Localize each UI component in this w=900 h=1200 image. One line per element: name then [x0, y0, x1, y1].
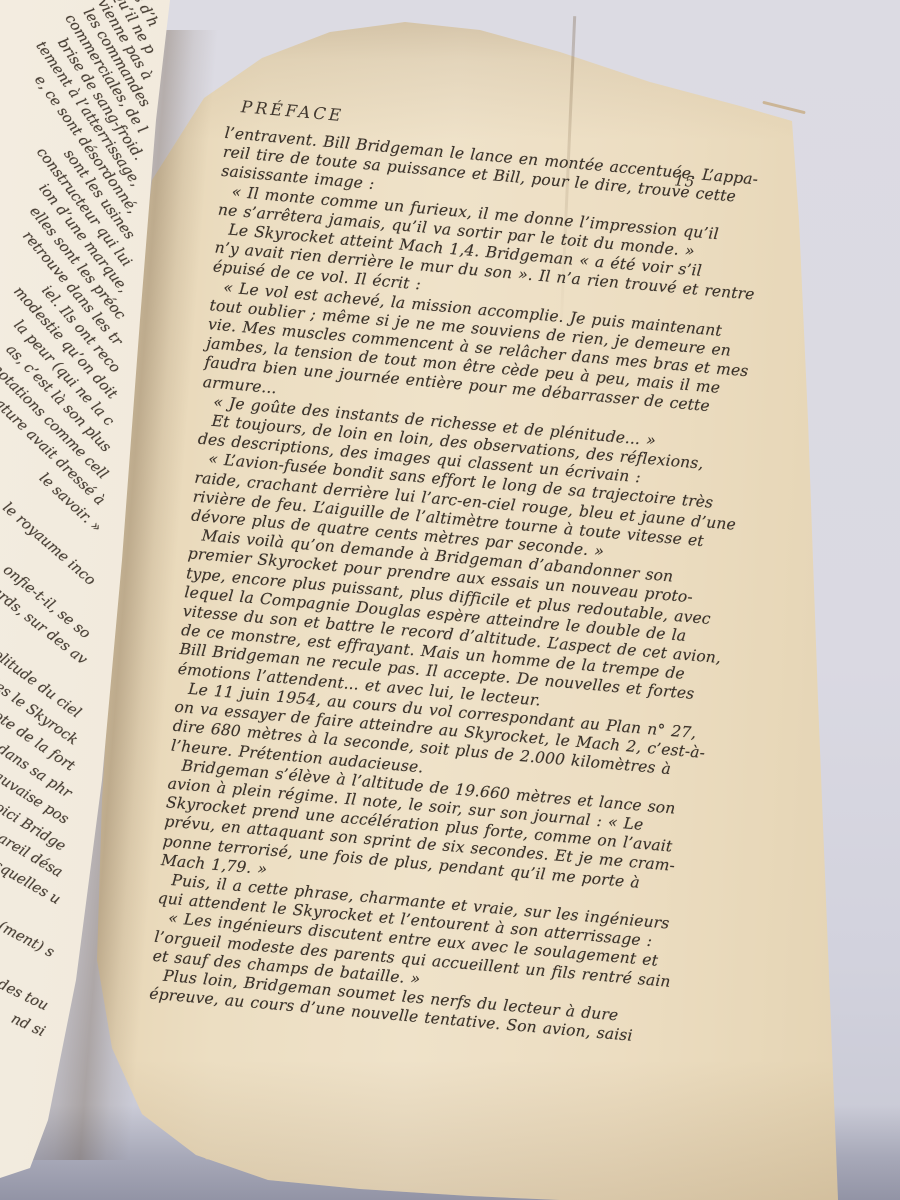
page-number: 15 — [674, 171, 697, 191]
right-page-content: PRÉFACE 15 l’entravent. Bill Bridgeman l… — [149, 96, 732, 1048]
book-photo: PRÉFACE 15 l’entravent. Bill Bridgeman l… — [0, 0, 900, 1200]
body-text: l’entravent. Bill Bridgeman le lance en … — [149, 124, 729, 1048]
page-corner-edge — [762, 101, 805, 115]
